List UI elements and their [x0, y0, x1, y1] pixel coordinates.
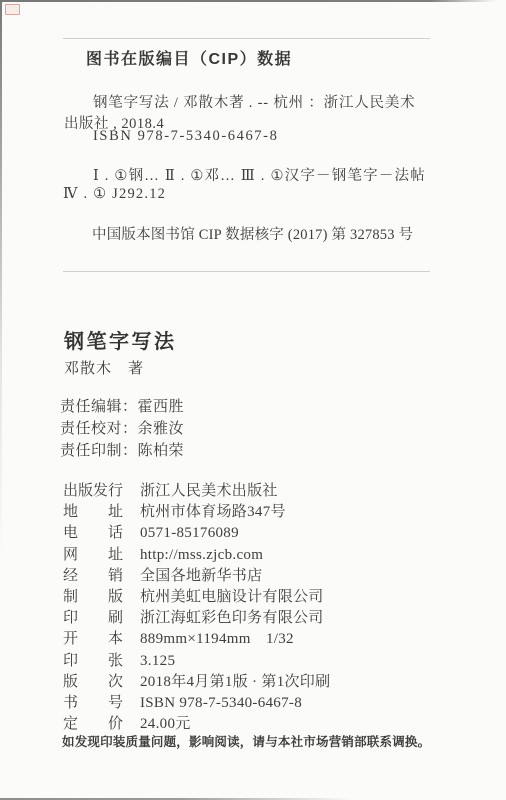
cip-box-rule-bottom [63, 271, 430, 272]
pub-label: 经 销 [63, 566, 123, 587]
cip-classification-line-1: Ⅰ . ①钢… Ⅱ . ①邓… Ⅲ . ①汉字－钢笔字－法帖 [93, 164, 426, 185]
pub-row-edition: 版 次2018年4月第1版 · 第1次印刷 [63, 672, 330, 693]
pub-value: 0571-85176089 [140, 523, 239, 544]
cip-header: 图书在版编目（CIP）数据 [86, 46, 292, 69]
staff-name: 霍西胜 [138, 399, 185, 415]
pub-label: 电 话 [63, 523, 123, 544]
pub-label: 印 张 [63, 651, 123, 672]
staff-name: 陈柏荣 [138, 443, 185, 459]
pub-value: 杭州美虹电脑设计有限公司 [140, 587, 324, 608]
pub-label: 印 刷 [63, 608, 123, 629]
pub-row-address: 地 址杭州市体育场路347号 [63, 502, 330, 523]
quality-notice: 如发现印装质量问题，影响阅读，请与本社市场营销部联系调换。 [62, 732, 430, 750]
pub-row-publisher: 出版发行浙江人民美术出版社 [63, 481, 330, 502]
pub-label: 地 址 [63, 502, 123, 523]
book-author: 邓散木 著 [64, 357, 144, 378]
pub-label: 书 号 [63, 693, 123, 714]
pub-value: 全国各地新华书店 [140, 566, 262, 587]
red-stamp-mark [5, 4, 20, 15]
pub-label: 版 次 [63, 672, 123, 693]
copyright-page: 图书在版编目（CIP）数据 钢笔字写法 / 邓散木著 . -- 杭州 ：浙江人民… [0, 0, 506, 800]
cip-record-number: 中国版本图书馆 CIP 数据核字 (2017) 第 327853 号 [92, 223, 413, 244]
pub-row-phone: 电 话0571-85176089 [63, 523, 330, 544]
pub-row-website: 网 址http://mss.zjcb.com [63, 545, 330, 566]
pub-row-printing: 印 刷浙江海虹彩色印务有限公司 [63, 608, 330, 629]
pub-value: 杭州市体育场路347号 [140, 502, 286, 523]
staff-label: 责任校对： [60, 421, 138, 437]
pub-row-isbn: 书 号ISBN 978-7-5340-6467-8 [63, 693, 330, 714]
cip-classification-line-2: Ⅳ . ① J292.12 [63, 186, 166, 203]
scan-edge-top [0, 0, 506, 2]
staff-name: 余雅汝 [138, 421, 185, 437]
book-title: 钢笔字写法 [64, 325, 177, 354]
cip-entry-line-1: 钢笔字写法 / 邓散木著 . -- 杭州 ：浙江人民美术 [93, 91, 415, 112]
pub-value: 2018年4月第1版 · 第1次印刷 [140, 672, 330, 693]
staff-label: 责任编辑： [60, 399, 138, 415]
pub-label: 网 址 [63, 545, 123, 566]
pub-value: 浙江人民美术出版社 [140, 481, 278, 502]
publication-info: 出版发行浙江人民美术出版社 地 址杭州市体育场路347号 电 话0571-851… [63, 481, 330, 735]
pub-row-sheets: 印 张3.125 [63, 651, 330, 672]
staff-credits: 责任编辑：霍西胜 责任校对：余雅汝 责任印制：陈柏荣 [60, 396, 184, 462]
staff-label: 责任印制： [60, 443, 138, 459]
pub-value: ISBN 978-7-5340-6467-8 [140, 693, 302, 714]
pub-label: 制 版 [63, 587, 123, 608]
pub-label: 开 本 [63, 629, 123, 650]
pub-row-format: 开 本889mm×1194mm 1/32 [63, 629, 330, 650]
cip-box-rule-top [63, 38, 430, 39]
pub-row-plate-making: 制 版杭州美虹电脑设计有限公司 [63, 587, 330, 608]
pub-row-distribution: 经 销全国各地新华书店 [63, 566, 330, 587]
pub-value: 889mm×1194mm 1/32 [140, 629, 294, 650]
scan-edge-left [0, 0, 2, 800]
pub-value: 浙江海虹彩色印务有限公司 [140, 608, 324, 629]
staff-row-proofreader: 责任校对：余雅汝 [60, 418, 184, 440]
pub-label: 出版发行 [63, 481, 123, 502]
pub-value: http://mss.zjcb.com [140, 545, 263, 566]
pub-value: 3.125 [140, 651, 175, 672]
staff-row-print-supervisor: 责任印制：陈柏荣 [60, 440, 184, 462]
staff-row-editor: 责任编辑：霍西胜 [60, 396, 184, 418]
cip-isbn-line: ISBN 978-7-5340-6467-8 [93, 128, 278, 145]
